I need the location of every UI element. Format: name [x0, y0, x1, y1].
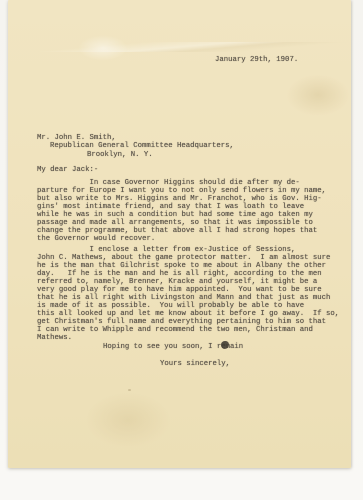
recipient-city: Brooklyn, N. Y.: [87, 151, 234, 159]
scan-background: January 29th, 1907. Mr. John E. Smith, R…: [0, 0, 363, 500]
body-paragraph-2: I enclose a letter from ex-Justice of Se…: [37, 246, 343, 342]
recipient-organization: Republican General Committee Headquarter…: [50, 142, 234, 150]
closing-line: Hoping to see you soon, I remain: [103, 343, 243, 351]
body-paragraph-1: In case Governor Higgins should die afte…: [37, 179, 343, 243]
paper-stain: [128, 389, 131, 391]
paper-crease: [8, 42, 351, 52]
recipient-address: Mr. John E. Smith, Republican General Co…: [37, 134, 234, 159]
letter-page: January 29th, 1907. Mr. John E. Smith, R…: [8, 0, 351, 468]
salutation: My dear Jack:-: [37, 166, 98, 174]
signoff-line: Yours sincerely,: [160, 360, 230, 368]
date-line: January 29th, 1907.: [215, 56, 298, 64]
